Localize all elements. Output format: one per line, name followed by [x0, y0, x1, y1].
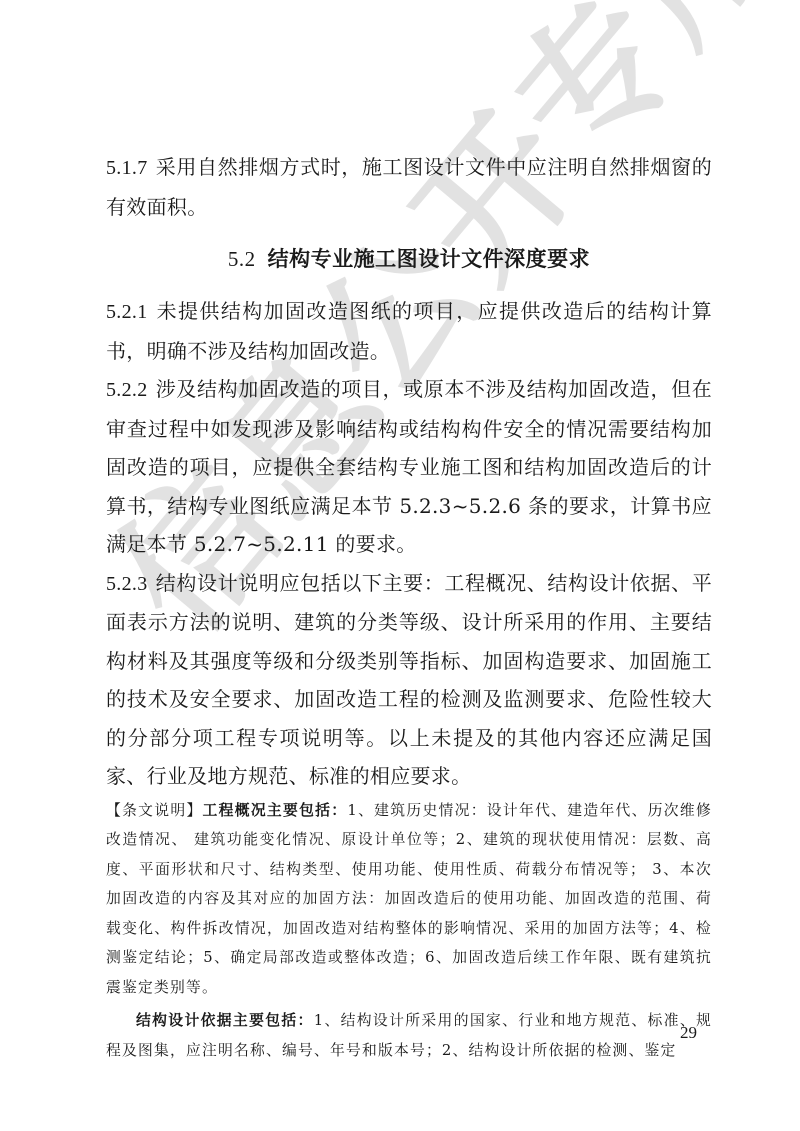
explanation-heading: 结构设计依据主要包括：: [136, 1012, 314, 1029]
section-heading: 5.2结构专业施工图设计文件深度要求: [106, 240, 712, 278]
section-title: 结构专业施工图设计文件深度要求: [268, 246, 591, 271]
clause-explanation-overview: 【条文说明】工程概况主要包括：1、建筑历史情况：设计年代、建造年代、历次维修改造…: [106, 796, 712, 1003]
clause-number: 5.1.7: [106, 157, 148, 179]
explanation-heading: 工程概况主要包括：: [203, 802, 348, 819]
clause-text: 未提供结构加固改造图纸的项目，应提供改造后的结构计算书，明确不涉及结构加固改造。: [106, 299, 712, 363]
document-page: 信息公开专用 5.1.7采用自然排烟方式时，施工图设计文件中应注明自然排烟窗的有…: [0, 0, 800, 1131]
clause-5-2-1: 5.2.1未提供结构加固改造图纸的项目，应提供改造后的结构计算书，明确不涉及结构…: [106, 292, 712, 370]
clause-text: 涉及结构加固改造的项目，或原本不涉及结构加固改造，但在审查过程中如发现涉及影响结…: [106, 377, 712, 556]
clause-number: 5.2.3: [106, 573, 148, 595]
page-content: 5.1.7采用自然排烟方式时，施工图设计文件中应注明自然排烟窗的有效面积。 5.…: [106, 148, 712, 1065]
explanation-label: 【条文说明】: [106, 802, 203, 819]
clause-5-1-7: 5.1.7采用自然排烟方式时，施工图设计文件中应注明自然排烟窗的有效面积。: [106, 148, 712, 226]
clause-5-2-2: 5.2.2涉及结构加固改造的项目，或原本不涉及结构加固改造，但在审查过程中如发现…: [106, 370, 712, 564]
section-number: 5.2: [228, 247, 256, 271]
explanation-text: 1、建筑历史情况：设计年代、建造年代、历次维修改造情况、 建筑功能变化情况、原设…: [106, 802, 712, 996]
clause-number: 5.2.2: [106, 379, 148, 401]
clause-text: 结构设计说明应包括以下主要：工程概况、结构设计依据、平面表示方法的说明、建筑的分…: [106, 571, 712, 789]
page-number: 29: [680, 1023, 697, 1043]
clause-number: 5.2.1: [106, 301, 148, 323]
clause-text: 采用自然排烟方式时，施工图设计文件中应注明自然排烟窗的有效面积。: [106, 155, 712, 219]
clause-5-2-3: 5.2.3结构设计说明应包括以下主要：工程概况、结构设计依据、平面表示方法的说明…: [106, 564, 712, 796]
clause-explanation-basis: 结构设计依据主要包括：1、结构设计所采用的国家、行业和地方规范、标准、规程及图集…: [106, 1006, 712, 1065]
